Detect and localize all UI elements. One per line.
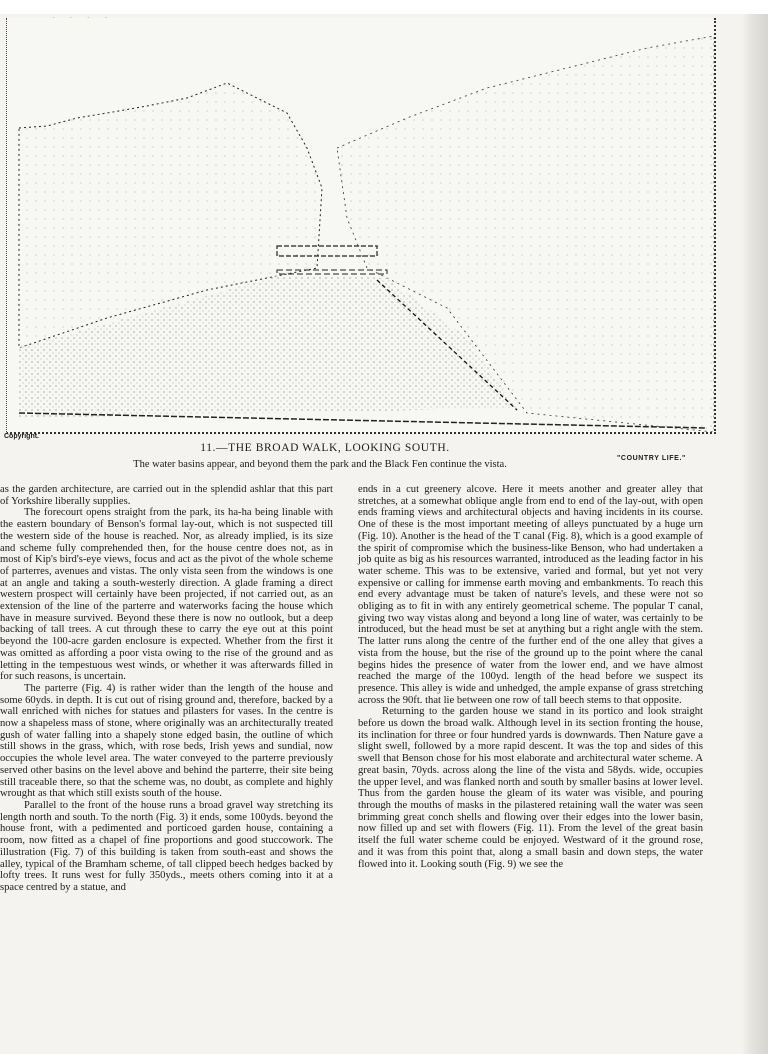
paragraph: as the garden architecture, are carried … [0,484,333,507]
paragraph: ends in a cut greenery alcove. Here it m… [358,484,703,706]
paragraph: The forecourt opens straight from the pa… [0,507,333,683]
paragraph: Returning to the garden house we stand i… [358,706,703,870]
copyright-label: Copyright. [4,433,39,440]
figure-title: 11.—THE BROAD WALK, LOOKING SOUTH. [0,442,650,454]
text-column-left: as the garden architecture, are carried … [0,484,333,894]
broad-walk-photo-icon [7,18,714,432]
paragraph: Parallel to the front of the house runs … [0,800,333,894]
text-column-right: ends in a cut greenery alcove. Here it m… [358,484,703,870]
figure-photograph [6,18,716,434]
page-edge-shadow [742,14,768,1054]
photo-credit: "COUNTRY LIFE." [617,455,686,462]
paragraph: The parterre (Fig. 4) is rather wider th… [0,683,333,800]
